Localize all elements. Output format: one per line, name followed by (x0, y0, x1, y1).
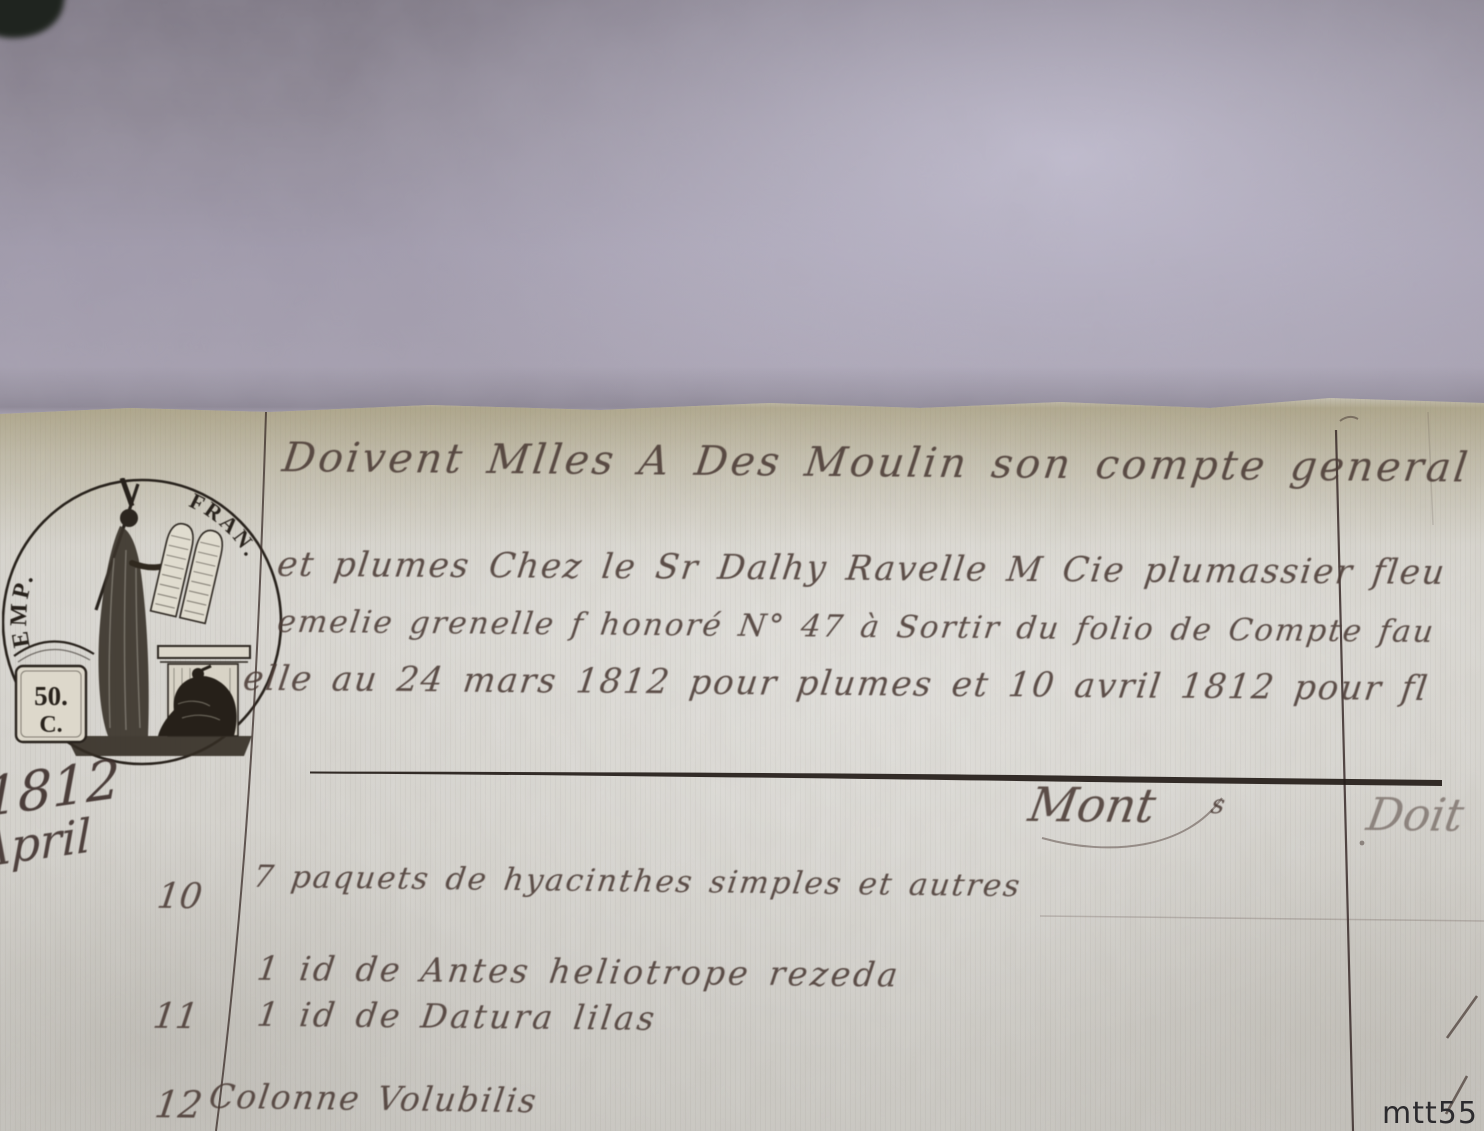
faint-guide-line (1040, 916, 1484, 921)
entry-day-number: 10 (155, 877, 205, 917)
entry-day-number: 11 (151, 997, 201, 1037)
handwritten-header-line-2: et plumes Chez le Sr Dalhy Ravelle M Cie… (275, 545, 1449, 593)
entry-day-number: 12 (152, 1083, 205, 1126)
debit-column-header: Doit (1363, 788, 1468, 842)
ink-dot (1360, 841, 1365, 846)
watermark-text: mtt55 (1382, 1096, 1478, 1131)
stray-pen-stroke-1 (1447, 996, 1477, 1038)
amount-header-label: Mont (1025, 778, 1160, 834)
ink-divider-line (310, 772, 1442, 787)
pen-squiggle-mark (1340, 417, 1358, 421)
entry-text: 1 id de Datura lilas (255, 995, 660, 1038)
entry-text: Colonne Volubilis (207, 1077, 541, 1121)
entry-text: 1 id de Antes heliotrope rezeda (255, 949, 903, 995)
photo-of-1812-french-invoice: EMP. FRAN. (0, 0, 1484, 1131)
amount-column-header: Monts (1025, 778, 1229, 835)
